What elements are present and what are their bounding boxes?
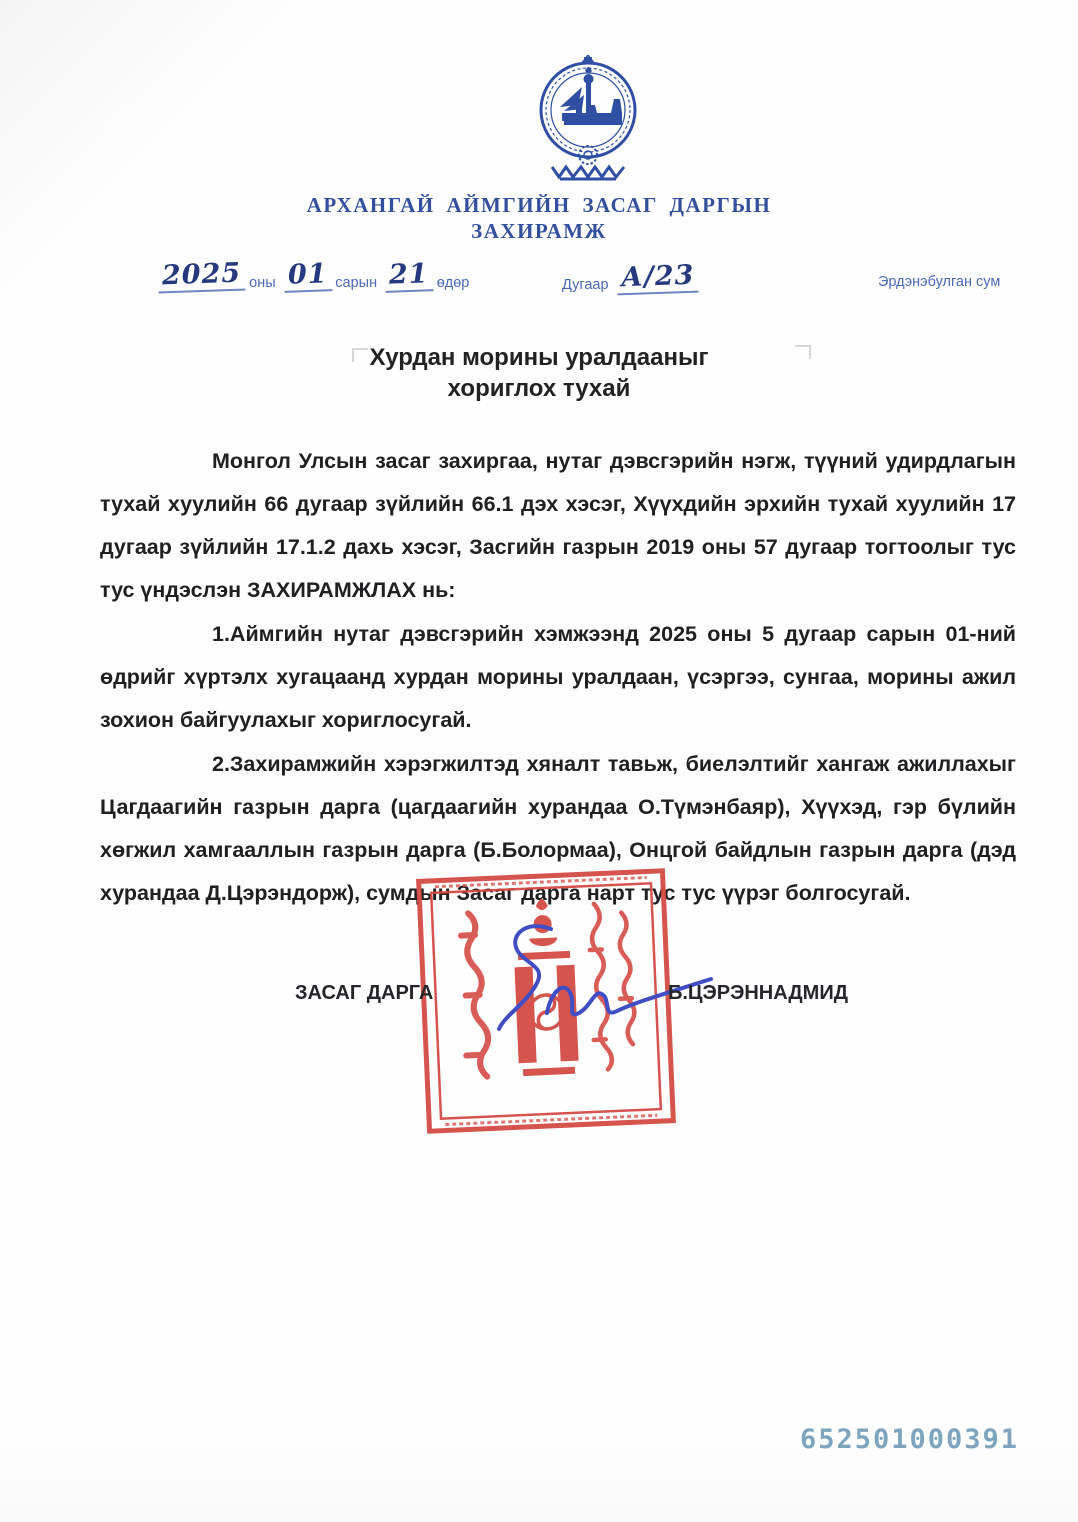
date-day-value: 21 <box>385 259 434 293</box>
date-year-value: 2025 <box>157 258 245 293</box>
number-value: А/23 <box>616 261 699 296</box>
org-title: АРХАНГАЙ АЙМГИЙН ЗАСАГ ДАРГЫН ЗАХИРАМЖ <box>0 192 1078 244</box>
document-title-line1: Хурдан морины уралдааныг <box>0 342 1078 373</box>
signer-role-label: ЗАСАГ ДАРГА <box>295 982 433 1005</box>
org-title-line2: ЗАХИРАМЖ <box>0 218 1078 244</box>
meta-row: 2025оны 01сарын 21өдөр Дугаар А/23 Эрдэн… <box>0 252 1078 312</box>
body-text: Монгол Улсын засаг захиргаа, нутаг дэвсг… <box>100 440 1016 916</box>
date-year-label: оны <box>249 275 276 291</box>
org-title-line1: АРХАНГАЙ АЙМГИЙН ЗАСАГ ДАРГЫН <box>0 192 1078 218</box>
date-day-label: өдөр <box>437 275 470 291</box>
signature <box>455 915 715 1045</box>
document-title: Хурдан морины уралдааныг хориглох тухай <box>0 342 1078 404</box>
number-field: Дугаар А/23 <box>558 262 698 294</box>
date-month-value: 01 <box>283 259 332 293</box>
date-month-label: сарын <box>335 275 377 291</box>
serial-number-stamp: 652501000391 <box>800 1424 1019 1455</box>
paragraph-preamble: Монгол Улсын засаг захиргаа, нутаг дэвсг… <box>100 440 1016 612</box>
number-label: Дугаар <box>562 277 609 293</box>
date-field: 2025оны 01сарын 21өдөр <box>158 260 473 292</box>
signer-name-label: Б.ЦЭРЭННАДМИД <box>668 982 848 1005</box>
location-label: Эрдэнэбулган сум <box>878 274 1000 290</box>
mongolia-state-emblem-icon <box>524 55 652 190</box>
document-title-line2: хориглох тухай <box>0 373 1078 404</box>
paragraph-clause-1: 1.Аймгийн нутаг дэвсгэрийн хэмжээнд 2025… <box>100 613 1016 742</box>
document-page: АРХАНГАЙ АЙМГИЙН ЗАСАГ ДАРГЫН ЗАХИРАМЖ 2… <box>0 0 1078 1522</box>
